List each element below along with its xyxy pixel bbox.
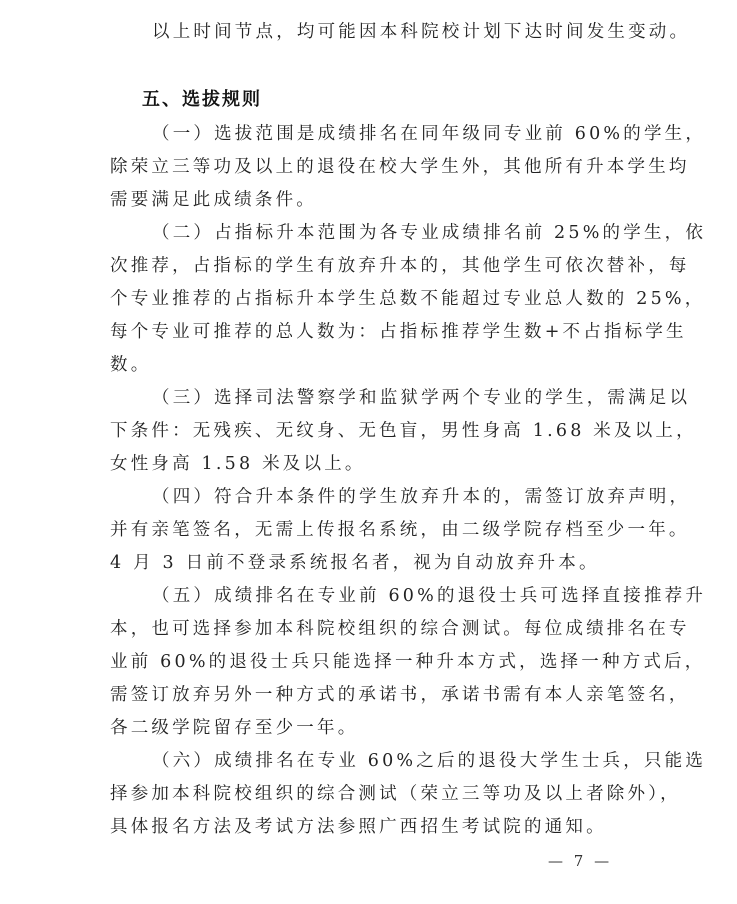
paragraph-line: 需要满足此成绩条件。 [110, 188, 634, 212]
paragraph-line: 需签订放弃另外一种方式的承诺书，承诺书需有本人亲笔签名， [110, 683, 634, 707]
section-heading: 五、选拔规则 [142, 88, 262, 112]
paragraph-line: （二）占指标升本范围为各专业成绩排名前 25%的学生，依 [152, 221, 634, 245]
paragraph-line: 次推荐，占指标的学生有放弃升本的，其他学生可依次替补，每 [110, 254, 634, 278]
paragraph-line: 每个专业可推荐的总人数为：占指标推荐学生数+不占指标学生 [110, 320, 634, 344]
paragraph-line: 数。 [110, 353, 634, 377]
paragraph-line: 并有亲笔签名，无需上传报名系统，由二级学院存档至少一年。 [110, 518, 634, 542]
intro-line: 以上时间节点，均可能因本科院校计划下达时间发生变动。 [152, 20, 634, 44]
paragraph-line: （六）成绩排名在专业 60%之后的退役大学生士兵，只能选 [152, 749, 634, 773]
paragraph-line: 择参加本科院校组织的综合测试（荣立三等功及以上者除外）， [110, 782, 634, 806]
paragraph-line: 本，也可选择参加本科院校组织的综合测试。每位成绩排名在专 [110, 617, 634, 641]
paragraph-line: 具体报名方法及考试方法参照广西招生考试院的通知。 [110, 815, 634, 839]
paragraph-line: （三）选择司法警察学和监狱学两个专业的学生，需满足以 [152, 386, 634, 410]
paragraph-line: 4 月 3 日前不登录系统报名者，视为自动放弃升本。 [110, 551, 634, 575]
paragraph-line: （五）成绩排名在专业前 60%的退役士兵可选择直接推荐升 [152, 584, 634, 608]
paragraph-line: 除荣立三等功及以上的退役在校大学生外，其他所有升本学生均 [110, 155, 634, 179]
paragraph-line: （一）选拔范围是成绩排名在同年级同专业前 60%的学生， [152, 122, 634, 146]
paragraph-line: （四）符合升本条件的学生放弃升本的，需签订放弃声明， [152, 485, 634, 509]
page-number: — 7 — [548, 852, 612, 870]
paragraph-line: 个专业推荐的占指标升本学生总数不能超过专业总人数的 25%， [110, 287, 634, 311]
paragraph-line: 各二级学院留存至少一年。 [110, 716, 634, 740]
paragraph-line: 下条件：无残疾、无纹身、无色盲，男性身高 1.68 米及以上， [110, 419, 634, 443]
paragraph-line: 女性身高 1.58 米及以上。 [110, 452, 634, 476]
document-page: 以上时间节点，均可能因本科院校计划下达时间发生变动。 五、选拔规则 （一）选拔范… [0, 0, 737, 904]
paragraph-line: 业前 60%的退役士兵只能选择一种升本方式，选择一种方式后， [110, 650, 634, 674]
